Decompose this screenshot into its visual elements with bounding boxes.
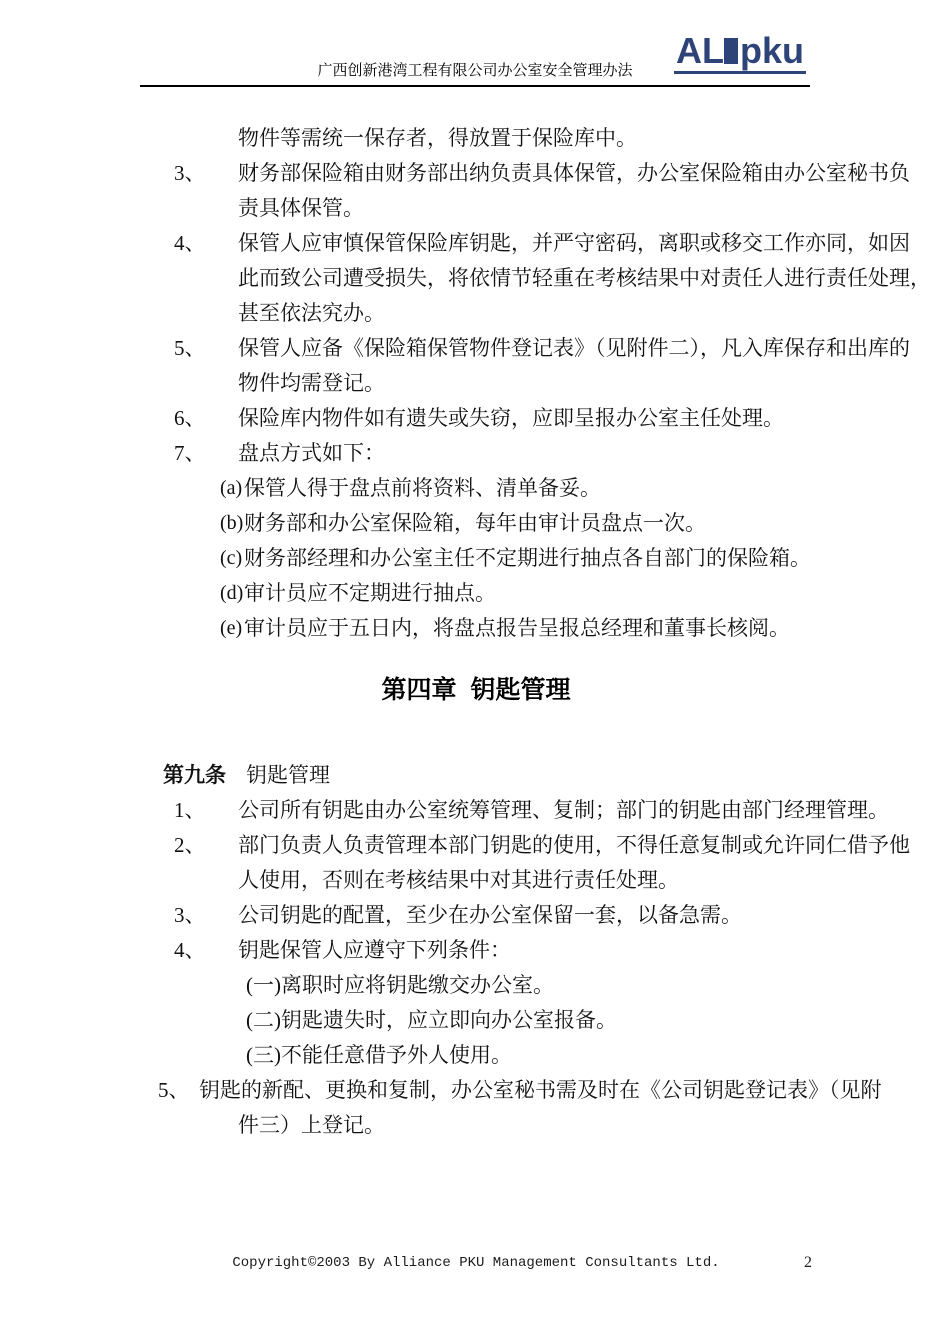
line-text: 公司钥匙的配置，至少在办公室保留一套，以备急需。 <box>238 898 742 933</box>
line-text: 审计员应不定期进行抽点。 <box>244 576 496 611</box>
body-top-block: 物件等需统一保存者，得放置于保险库中。 3、财务部保险箱由财务部出纳负责具体保管… <box>140 121 820 646</box>
line-text: 人使用，否则在考核结果中对其进行责任处理。 <box>238 863 679 898</box>
line-text: 物件等需统一保存者，得放置于保险库中。 <box>238 121 637 156</box>
list-item: 1、公司所有钥匙由办公室统筹管理、复制；部门的钥匙由部门经理管理。 <box>140 793 820 828</box>
copyright-text: Copyright©2003 By Alliance PKU Managemen… <box>232 1255 719 1271</box>
line-text: (三)不能任意借予外人使用。 <box>246 1038 512 1073</box>
list-item: 5、保管人应备《保险箱保管物件登记表》（见附件二），凡入库保存和出库的 <box>140 331 820 366</box>
sub-condition-line: (二)钥匙遗失时，应立即向办公室报备。 <box>140 1003 820 1038</box>
list-marker: 3、 <box>174 898 206 933</box>
sub-list-item: (e)审计员应于五日内，将盘点报告呈报总经理和董事长核阅。 <box>140 611 820 646</box>
list-marker: 1、 <box>174 793 206 828</box>
list-marker: 4、 <box>174 226 206 261</box>
body-section-block: 第九条钥匙管理 1、公司所有钥匙由办公室统筹管理、复制；部门的钥匙由部门经理管理… <box>140 758 820 1143</box>
list-marker: 7、 <box>174 436 206 471</box>
page-footer: Copyright©2003 By Alliance PKU Managemen… <box>140 1250 812 1276</box>
continuation-line: 责具体保管。 <box>140 191 820 226</box>
sub-list-item: (c)财务部经理和办公室主任不定期进行抽点各自部门的保险箱。 <box>140 541 820 576</box>
list-marker: 5、 <box>174 331 206 366</box>
line-text: 责具体保管。 <box>238 191 364 226</box>
continuation-line: 此而致公司遭受损失，将依情节轻重在考核结果中对责任人进行责任处理， <box>140 261 820 296</box>
list-marker: (d) <box>220 576 243 611</box>
line-text: 保管人应备《保险箱保管物件登记表》（见附件二），凡入库保存和出库的 <box>238 331 910 366</box>
line-text: 件三）上登记。 <box>238 1108 385 1143</box>
line-text: 保险库内物件如有遗失或失窃，应即呈报办公室主任处理。 <box>238 401 784 436</box>
article-number: 第九条 <box>163 758 226 793</box>
line-text: 甚至依法究办。 <box>238 296 385 331</box>
list-marker: (e) <box>220 611 242 646</box>
page-number: 2 <box>804 1250 812 1276</box>
header-rule <box>140 85 810 87</box>
line-text: 部门负责人负责管理本部门钥匙的使用，不得任意复制或允许同仁借予他 <box>238 828 910 863</box>
line-text: 公司所有钥匙由办公室统筹管理、复制；部门的钥匙由部门经理管理。 <box>238 793 889 828</box>
continuation-line: 物件均需登记。 <box>140 366 820 401</box>
list-marker: 5、 <box>158 1073 190 1108</box>
document-page: ALpku 广西创新港湾工程有限公司办公室安全管理办法 物件等需统一保存者，得放… <box>0 0 950 1344</box>
sub-condition-line: (三)不能任意借予外人使用。 <box>140 1038 820 1073</box>
line-text: 财务部经理和办公室主任不定期进行抽点各自部门的保险箱。 <box>244 541 811 576</box>
line-text: (二)钥匙遗失时，应立即向办公室报备。 <box>246 1003 617 1038</box>
line-text: (一)离职时应将钥匙缴交办公室。 <box>246 968 554 1003</box>
header-title: 广西创新港湾工程有限公司办公室安全管理办法 <box>0 61 950 81</box>
list-marker: 2、 <box>174 828 206 863</box>
line-text: 物件均需登记。 <box>238 366 385 401</box>
sub-condition-line: (一)离职时应将钥匙缴交办公室。 <box>140 968 820 1003</box>
list-marker: 6、 <box>174 401 206 436</box>
list-item: 3、财务部保险箱由财务部出纳负责具体保管，办公室保险箱由办公室秘书负 <box>140 156 820 191</box>
list-marker: (a) <box>220 471 242 506</box>
list-marker: (c) <box>220 541 242 576</box>
line-text: 保管人应审慎保管保险库钥匙，并严守密码，离职或移交工作亦同，如因 <box>238 226 910 261</box>
line-text: 此而致公司遭受损失，将依情节轻重在考核结果中对责任人进行责任处理， <box>238 261 931 296</box>
list-marker: 4、 <box>174 933 206 968</box>
continuation-line: 物件等需统一保存者，得放置于保险库中。 <box>140 121 820 156</box>
line-text: 钥匙的新配、更换和复制，办公室秘书需及时在《公司钥匙登记表》（见附 <box>199 1073 882 1108</box>
list-marker: 3、 <box>174 156 206 191</box>
sub-list-item: (d)审计员应不定期进行抽点。 <box>140 576 820 611</box>
article-title: 钥匙管理 <box>246 758 330 793</box>
list-item: 3、公司钥匙的配置，至少在办公室保留一套，以备急需。 <box>140 898 820 933</box>
list-marker: (b) <box>220 506 243 541</box>
list-item: 4、钥匙保管人应遵守下列条件： <box>140 933 820 968</box>
sub-list-item: (b)财务部和办公室保险箱，每年由审计员盘点一次。 <box>140 506 820 541</box>
line-text: 钥匙保管人应遵守下列条件： <box>238 933 511 968</box>
chapter-heading: 第四章 钥匙管理 <box>140 668 812 712</box>
line-text: 盘点方式如下： <box>238 436 385 471</box>
list-item: 5、钥匙的新配、更换和复制，办公室秘书需及时在《公司钥匙登记表》（见附 <box>140 1073 820 1108</box>
continuation-line: 甚至依法究办。 <box>140 296 820 331</box>
line-text: 财务部保险箱由财务部出纳负责具体保管，办公室保险箱由办公室秘书负 <box>238 156 910 191</box>
list-item: 4、保管人应审慎保管保险库钥匙，并严守密码，离职或移交工作亦同，如因 <box>140 226 820 261</box>
list-item: 2、部门负责人负责管理本部门钥匙的使用，不得任意复制或允许同仁借予他 <box>140 828 820 863</box>
continuation-line: 件三）上登记。 <box>140 1108 820 1143</box>
list-item: 7、盘点方式如下： <box>140 436 820 471</box>
list-item: 6、保险库内物件如有遗失或失窃，应即呈报办公室主任处理。 <box>140 401 820 436</box>
continuation-line: 人使用，否则在考核结果中对其进行责任处理。 <box>140 863 820 898</box>
sub-list-item: (a)保管人得于盘点前将资料、清单备妥。 <box>140 471 820 506</box>
line-text: 保管人得于盘点前将资料、清单备妥。 <box>244 471 601 506</box>
line-text: 财务部和办公室保险箱，每年由审计员盘点一次。 <box>244 506 706 541</box>
line-text: 审计员应于五日内，将盘点报告呈报总经理和董事长核阅。 <box>244 611 790 646</box>
article-heading: 第九条钥匙管理 <box>140 758 820 793</box>
